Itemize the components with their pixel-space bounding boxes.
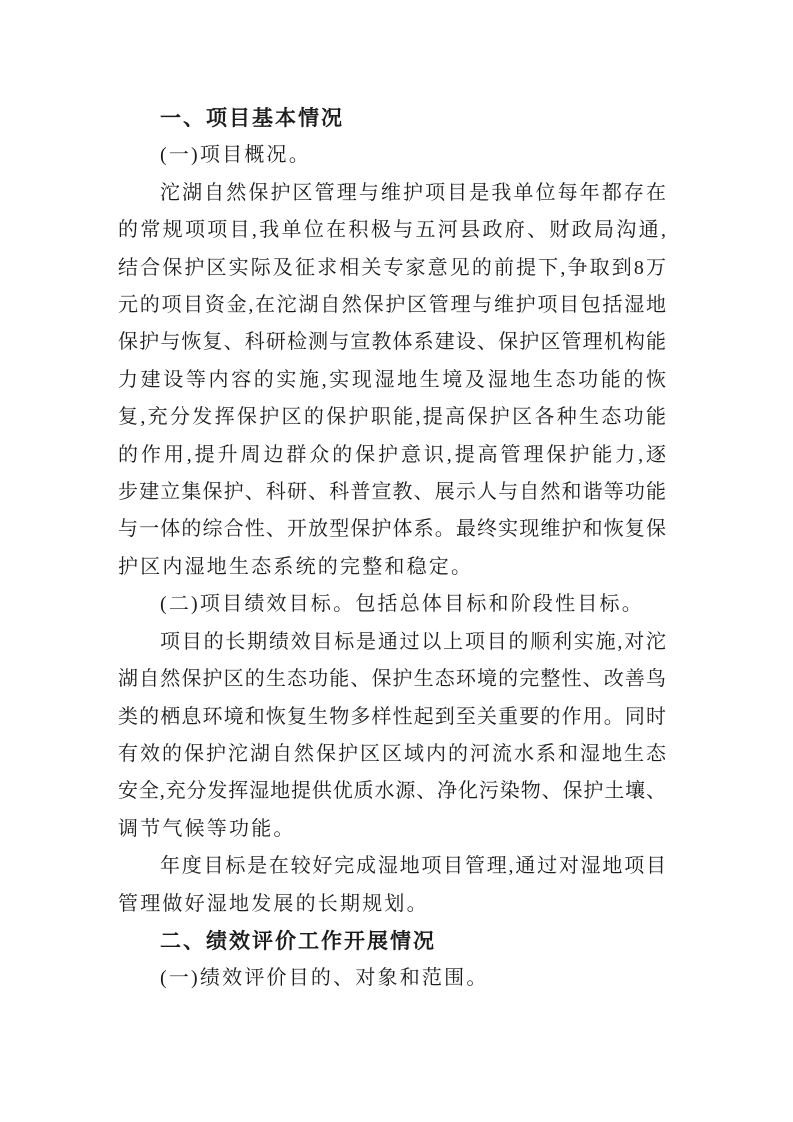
paragraph-line: 保护与恢复、科研检测与宣教体系建设、保护区管理机构能 — [118, 324, 666, 361]
paragraph-line: 结合保护区实际及征求相关专家意见的前提下,争取到8万 — [118, 250, 666, 287]
subsection-1-1-heading: (一)项目概况。 — [118, 137, 666, 174]
section-1-heading: 一、项目基本情况 — [118, 100, 666, 137]
paragraph-line: 年度目标是在较好完成湿地项目管理,通过对湿地项目 — [118, 848, 666, 885]
paragraph-line: 安全,充分发挥湿地提供优质水源、净化污染物、保护土壤、 — [118, 773, 666, 810]
paragraph-line: 步建立集保护、科研、科普宣教、展示人与自然和谐等功能 — [118, 474, 666, 511]
subsection-2-1-heading: (一)绩效评价目的、对象和范围。 — [118, 960, 666, 997]
paragraph-line: 项目的长期绩效目标是通过以上项目的顺利实施,对沱 — [118, 624, 666, 661]
paragraph-line: 湖自然保护区的生态功能、保护生态环境的完整性、改善鸟 — [118, 661, 666, 698]
paragraph-line: 类的栖息环境和恢复生物多样性起到至关重要的作用。同时 — [118, 699, 666, 736]
paragraph-line: 的常规项项目,我单位在积极与五河县政府、财政局沟通, — [118, 212, 666, 249]
paragraph-line: 沱湖自然保护区管理与维护项目是我单位每年都存在 — [118, 175, 666, 212]
paragraph-line: 有效的保护沱湖自然保护区区域内的河流水系和湿地生态 — [118, 736, 666, 773]
paragraph-line: 复,充分发挥保护区的保护职能,提高保护区各种生态功能 — [118, 399, 666, 436]
document-page: 一、项目基本情况 (一)项目概况。 沱湖自然保护区管理与维护项目是我单位每年都存… — [0, 0, 793, 1122]
paragraph-line: 力建设等内容的实施,实现湿地生境及湿地生态功能的恢 — [118, 362, 666, 399]
subsection-1-2-heading: (二)项目绩效目标。包括总体目标和阶段性目标。 — [118, 586, 666, 623]
document-content: 一、项目基本情况 (一)项目概况。 沱湖自然保护区管理与维护项目是我单位每年都存… — [118, 100, 666, 998]
paragraph-line: 管理做好湿地发展的长期规划。 — [118, 886, 666, 923]
paragraph-line: 的作用,提升周边群众的保护意识,提高管理保护能力,逐 — [118, 437, 666, 474]
paragraph-line: 与一体的综合性、开放型保护体系。最终实现维护和恢复保 — [118, 511, 666, 548]
paragraph-line: 调节气候等功能。 — [118, 811, 666, 848]
section-2-heading: 二、绩效评价工作开展情况 — [118, 923, 666, 960]
paragraph-line: 护区内湿地生态系统的完整和稳定。 — [118, 549, 666, 586]
paragraph-line: 元的项目资金,在沱湖自然保护区管理与维护项目包括湿地 — [118, 287, 666, 324]
